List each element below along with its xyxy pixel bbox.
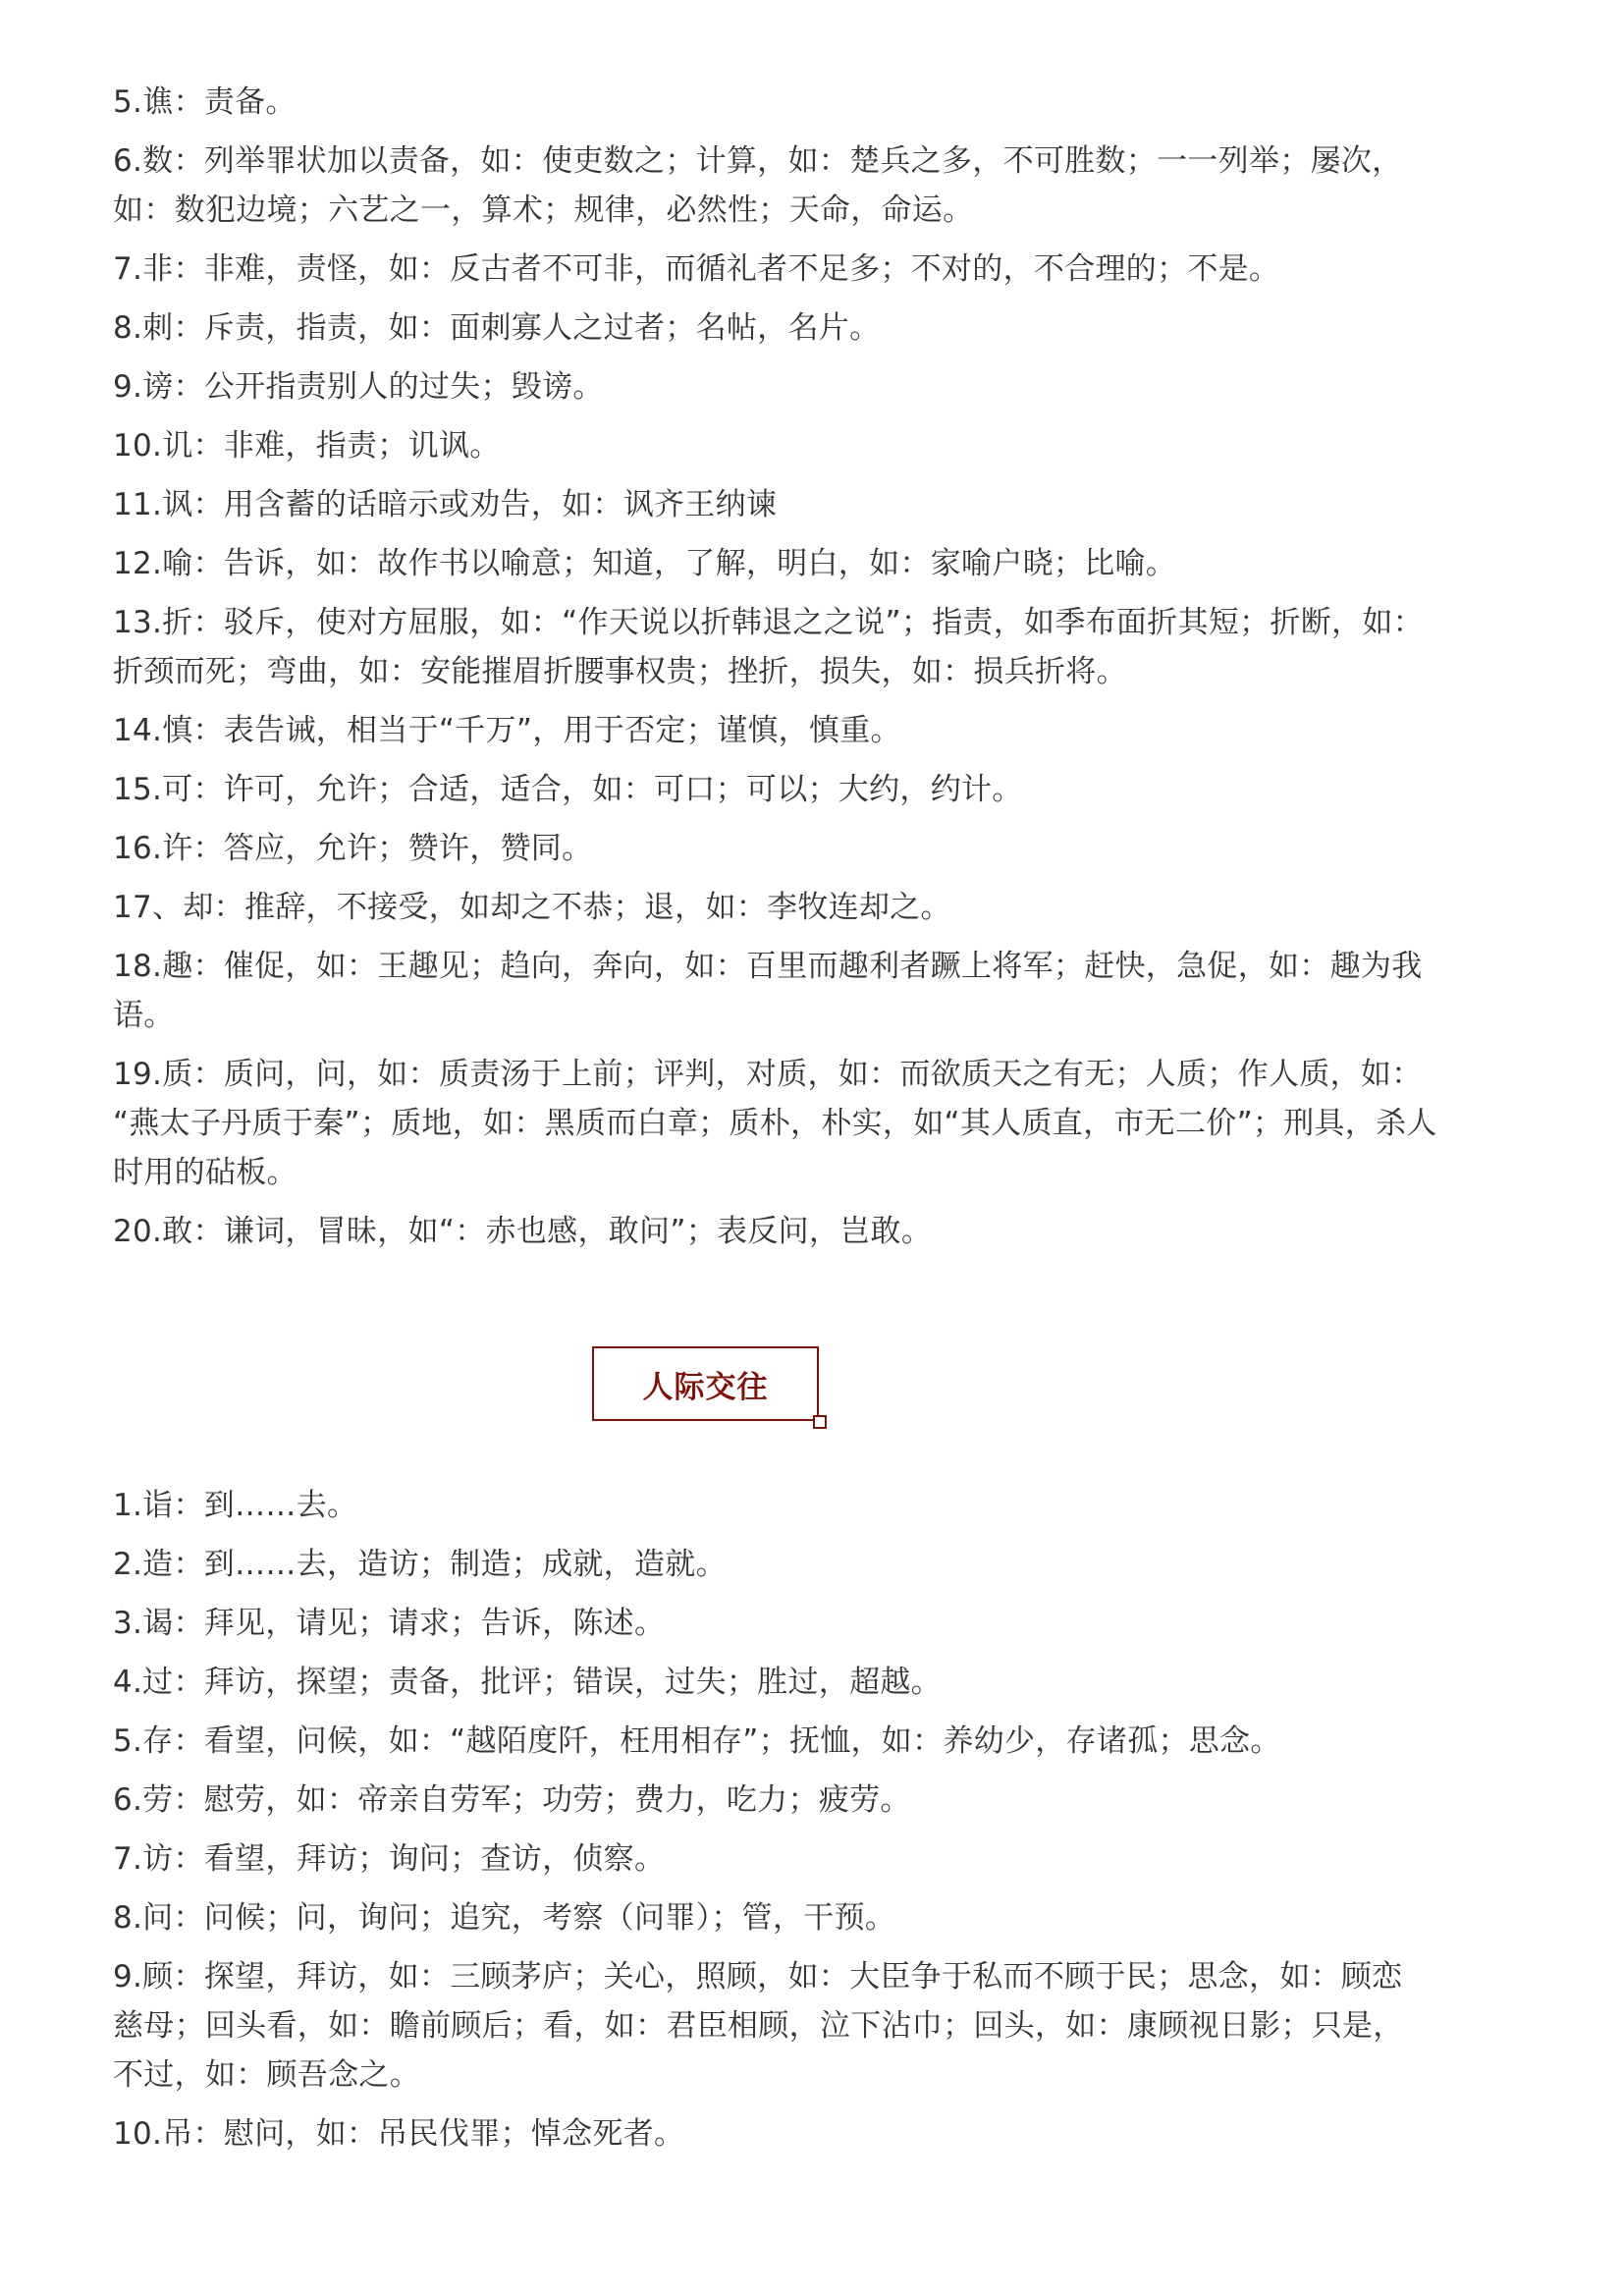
entry-20-gan: 20.敢：谦词，冒昧，如“：赤也感，敢问”；表反问，岂敢。	[113, 1207, 1537, 1256]
entry-line: “燕太子丹质于秦”；质地，如：黑质而白章；质朴，朴实，如“其人质直，市无二价”；…	[113, 1099, 1537, 1148]
entry-line: 10.吊：慰问，如：吊民伐罪；悼念死者。	[113, 2109, 1537, 2159]
section-heading-title: 人际交往	[643, 1362, 769, 1406]
entry-line: 14.慎：表告诫，相当于“千万”，用于否定；谨慎，慎重。	[113, 706, 1537, 755]
entry-1-yi: 1.诣：到……去。	[113, 1481, 1537, 1530]
entry-7-fang: 7.访：看望，拜访；询问；查访，侦察。	[113, 1834, 1537, 1884]
entry-line: 15.可：许可，允许；合适，适合，如：可口；可以；大约，约计。	[113, 765, 1537, 814]
entry-line: 5.存：看望，问候，如：“越陌度阡，枉用相存”；抚恤，如：养幼少，存诸孤；思念。	[113, 1717, 1537, 1766]
section-heading-box: 人际交往	[592, 1346, 819, 1421]
entry-line: 11.讽：用含蓄的话暗示或劝告，如：讽齐王纳谏	[113, 480, 1537, 529]
entry-6-shu: 6.数：列举罪状加以责备，如：使吏数之；计算，如：楚兵之多，不可胜数；一一列举；…	[113, 137, 1537, 235]
entry-line: 6.数：列举罪状加以责备，如：使吏数之；计算，如：楚兵之多，不可胜数；一一列举；…	[113, 137, 1537, 186]
entry-line: 7.访：看望，拜访；询问；查访，侦察。	[113, 1834, 1537, 1884]
entry-8-wen: 8.问：问候；问，询问；追究，考察（问罪）；管，干预。	[113, 1893, 1537, 1942]
entry-4-guo: 4.过：拜访，探望；责备，批评；错误，过失；胜过，超越。	[113, 1658, 1537, 1707]
entry-line: 折颈而死；弯曲，如：安能摧眉折腰事权贵；挫折，损失，如：损兵折将。	[113, 647, 1537, 696]
entry-10-ji: 10.讥：非难，指责；讥讽。	[113, 421, 1537, 470]
entry-5-cun: 5.存：看望，问候，如：“越陌度阡，枉用相存”；抚恤，如：养幼少，存诸孤；思念。	[113, 1717, 1537, 1766]
entry-12-yu: 12.喻：告诉，如：故作书以喻意；知道，了解，明白，如：家喻户晓；比喻。	[113, 539, 1537, 588]
entry-line: 12.喻：告诉，如：故作书以喻意；知道，了解，明白，如：家喻户晓；比喻。	[113, 539, 1537, 588]
entry-line: 语。	[113, 991, 1537, 1040]
entry-line: 5.谯：责备。	[113, 78, 1537, 127]
entry-line: 19.质：质问，问，如：质责汤于上前；评判，对质，如：而欲质天之有无；人质；作人…	[113, 1050, 1537, 1099]
entry-6-lao: 6.劳：慰劳，如：帝亲自劳军；功劳；费力，吃力；疲劳。	[113, 1776, 1537, 1825]
entry-line: 1.诣：到……去。	[113, 1481, 1537, 1530]
entry-line: 13.折：驳斥，使对方屈服，如：“作天说以折韩退之之说”；指责，如季布面折其短；…	[113, 598, 1537, 647]
entry-line: 7.非：非难，责怪，如：反古者不可非，而循礼者不足多；不对的，不合理的；不是。	[113, 245, 1537, 294]
corner-square-decoration	[813, 1415, 827, 1429]
entry-14-shen: 14.慎：表告诫，相当于“千万”，用于否定；谨慎，慎重。	[113, 706, 1537, 755]
entry-line: 16.许：答应，允许；赞许，赞同。	[113, 824, 1537, 873]
entry-line: 如：数犯边境；六艺之一，算术；规律，必然性；天命，命运。	[113, 186, 1537, 235]
entry-2-zao: 2.造：到……去，造访；制造；成就，造就。	[113, 1540, 1537, 1589]
entry-11-feng: 11.讽：用含蓄的话暗示或劝告，如：讽齐王纳谏	[113, 480, 1537, 529]
entry-8-ci: 8.刺：斥责，指责，如：面刺寡人之过者；名帖，名片。	[113, 303, 1537, 353]
entry-line: 8.问：问候；问，询问；追究，考察（问罪）；管，干预。	[113, 1893, 1537, 1942]
entry-line: 不过，如：顾吾念之。	[113, 2050, 1537, 2100]
entry-line: 8.刺：斥责，指责，如：面刺寡人之过者；名帖，名片。	[113, 303, 1537, 353]
entry-line: 3.谒：拜见，请见；请求；告诉，陈述。	[113, 1599, 1537, 1648]
entry-18-qu: 18.趣：催促，如：王趣见；趋向，奔向，如：百里而趣利者蹶上将军；赶快，急促，如…	[113, 942, 1537, 1040]
entry-17-que: 17、却：推辞，不接受，如却之不恭；退，如：李牧连却之。	[113, 883, 1537, 932]
entry-line: 时用的砧板。	[113, 1148, 1537, 1197]
entry-line: 20.敢：谦词，冒昧，如“：赤也感，敢问”；表反问，岂敢。	[113, 1207, 1537, 1256]
entry-line: 9.顾：探望，拜访，如：三顾茅庐；关心，照顾，如：大臣争于私而不顾于民；思念，如…	[113, 1952, 1537, 2001]
entry-15-ke: 15.可：许可，允许；合适，适合，如：可口；可以；大约，约计。	[113, 765, 1537, 814]
entry-16-xu: 16.许：答应，允许；赞许，赞同。	[113, 824, 1537, 873]
entry-10-diao: 10.吊：慰问，如：吊民伐罪；悼念死者。	[113, 2109, 1537, 2159]
entry-13-zhe: 13.折：驳斥，使对方屈服，如：“作天说以折韩退之之说”；指责，如季布面折其短；…	[113, 598, 1537, 696]
entry-9-bang: 9.谤：公开指责别人的过失；毁谤。	[113, 362, 1537, 411]
entry-line: 17、却：推辞，不接受，如却之不恭；退，如：李牧连却之。	[113, 883, 1537, 932]
entry-3-ye: 3.谒：拜见，请见；请求；告诉，陈述。	[113, 1599, 1537, 1648]
entry-19-zhi: 19.质：质问，问，如：质责汤于上前；评判，对质，如：而欲质天之有无；人质；作人…	[113, 1050, 1537, 1197]
vocab-list-social-interaction: 1.诣：到……去。 2.造：到……去，造访；制造；成就，造就。 3.谒：拜见，请…	[113, 1481, 1537, 2168]
entry-line: 18.趣：催促，如：王趣见；趋向，奔向，如：百里而趣利者蹶上将军；赶快，急促，如…	[113, 942, 1537, 991]
entry-line: 4.过：拜访，探望；责备，批评；错误，过失；胜过，超越。	[113, 1658, 1537, 1707]
entry-5-qiao: 5.谯：责备。	[113, 78, 1537, 127]
entry-line: 2.造：到……去，造访；制造；成就，造就。	[113, 1540, 1537, 1589]
entry-line: 9.谤：公开指责别人的过失；毁谤。	[113, 362, 1537, 411]
entry-9-gu: 9.顾：探望，拜访，如：三顾茅庐；关心，照顾，如：大臣争于私而不顾于民；思念，如…	[113, 1952, 1537, 2100]
entry-line: 6.劳：慰劳，如：帝亲自劳军；功劳；费力，吃力；疲劳。	[113, 1776, 1537, 1825]
vocab-list-reprimand: 5.谯：责备。 6.数：列举罪状加以责备，如：使吏数之；计算，如：楚兵之多，不可…	[113, 78, 1537, 1266]
entry-line: 慈母；回头看，如：瞻前顾后；看，如：君臣相顾，泣下沾巾；回头，如：康顾视日影；只…	[113, 2001, 1537, 2050]
entry-line: 10.讥：非难，指责；讥讽。	[113, 421, 1537, 470]
entry-7-fei: 7.非：非难，责怪，如：反古者不可非，而循礼者不足多；不对的，不合理的；不是。	[113, 245, 1537, 294]
